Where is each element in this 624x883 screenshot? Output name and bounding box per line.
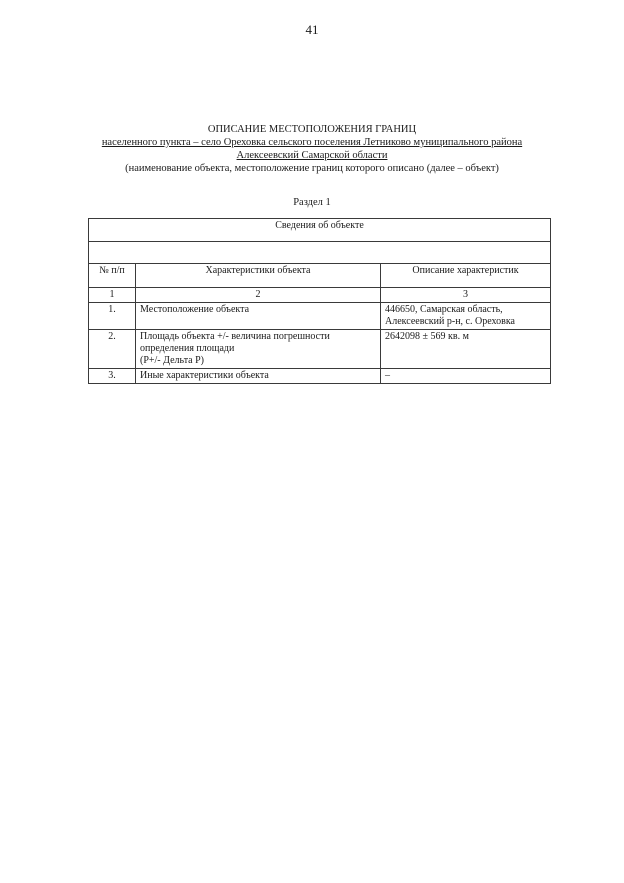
object-info-table: Сведения об объекте № п/п Характеристики… (88, 218, 551, 384)
column-number-1: 1 (89, 288, 136, 303)
title-heading: ОПИСАНИЕ МЕСТОПОЛОЖЕНИЯ ГРАНИЦ (0, 123, 624, 136)
table-header-row: № п/п Характеристики объекта Описание ха… (89, 264, 551, 288)
column-number-2: 2 (136, 288, 381, 303)
header-characteristics: Характеристики объекта (136, 264, 381, 288)
title-object-name: населенного пункта – село Ореховка сельс… (0, 136, 624, 149)
table-empty-row (89, 242, 551, 264)
table-row: 2. Площадь объекта +/- величина погрешно… (89, 330, 551, 369)
row-characteristic-line: определения площади (140, 343, 376, 355)
page-number: 41 (0, 22, 624, 38)
title-object-region: Алексеевский Самарской области (0, 149, 624, 162)
section-label: Раздел 1 (0, 197, 624, 208)
row-characteristic: Площадь объекта +/- величина погрешности… (136, 330, 381, 369)
document-title: ОПИСАНИЕ МЕСТОПОЛОЖЕНИЯ ГРАНИЦ населенно… (0, 123, 624, 175)
row-description: 446650, Самарская область, Алексеевский … (381, 303, 551, 330)
row-number: 2. (89, 330, 136, 369)
row-characteristic-line: (P+/- Дельта P) (140, 355, 376, 367)
title-note: (наименование объекта, местоположение гр… (0, 162, 624, 175)
empty-cell (89, 242, 551, 264)
table-row: 1. Местоположение объекта 446650, Самарс… (89, 303, 551, 330)
row-description: – (381, 369, 551, 384)
table-column-numbers-row: 1 2 3 (89, 288, 551, 303)
column-number-3: 3 (381, 288, 551, 303)
row-characteristic: Местоположение объекта (136, 303, 381, 330)
table-row: 3. Иные характеристики объекта – (89, 369, 551, 384)
row-characteristic: Иные характеристики объекта (136, 369, 381, 384)
row-number: 3. (89, 369, 136, 384)
header-number: № п/п (89, 264, 136, 288)
row-number: 1. (89, 303, 136, 330)
table-caption-row: Сведения об объекте (89, 219, 551, 242)
table-caption: Сведения об объекте (89, 219, 551, 242)
header-description: Описание характеристик (381, 264, 551, 288)
row-characteristic-line: Площадь объекта +/- величина погрешности (140, 331, 376, 343)
row-description: 2642098 ± 569 кв. м (381, 330, 551, 369)
